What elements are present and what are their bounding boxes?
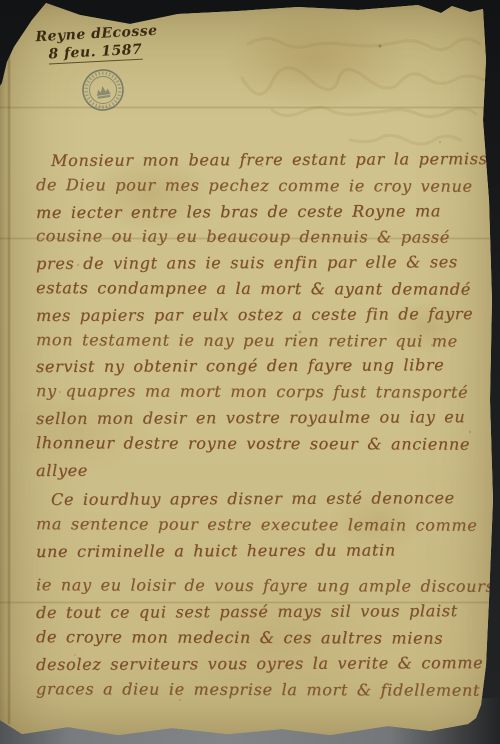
manuscript-line: Ce iourdhuy apres disner ma esté denonce… bbox=[36, 485, 495, 513]
manuscript-line: de tout ce qui sest passé mays sil vous … bbox=[36, 598, 495, 626]
manuscript-line: de croyre mon medecin & ces aultres mien… bbox=[36, 624, 494, 652]
manuscript-photo: Reyne dEcosse 8 feu. 1587 Monsieur mon b… bbox=[0, 0, 500, 744]
parchment-sheet: Reyne dEcosse 8 feu. 1587 Monsieur mon b… bbox=[0, 0, 500, 744]
manuscript-line: une criminelle a huict heures du matin bbox=[36, 537, 495, 565]
manuscript-line: de Dieu pour mes pechez comme ie croy ve… bbox=[36, 172, 500, 199]
manuscript-line: estats condampnee a la mort & ayant dema… bbox=[36, 275, 500, 302]
annotation-date: 8 feu. 1587 bbox=[48, 42, 143, 65]
manuscript-line: me iecter entre les bras de ceste Royne … bbox=[36, 198, 500, 226]
ink-bleedthrough bbox=[130, 22, 490, 152]
manuscript-line: allyee bbox=[36, 456, 500, 484]
manuscript-line: Monsieur mon beau frere estant par la pe… bbox=[36, 146, 500, 174]
manuscript-line: ny quapres ma mort mon corps fust transp… bbox=[36, 378, 500, 405]
manuscript-line: pres de vingt ans ie suis enfin par elle… bbox=[36, 249, 500, 277]
manuscript-line: sellon mon desir en vostre royaulme ou i… bbox=[36, 404, 500, 432]
manuscript-line: desolez serviteurs vous oyres la verite … bbox=[36, 650, 495, 678]
manuscript-line: servist ny obtenir congé den fayre ung l… bbox=[36, 352, 500, 380]
manuscript-line: ma sentence pour estre executee lemain c… bbox=[36, 511, 494, 539]
fold-crease-vertical bbox=[7, 0, 11, 724]
manuscript-line: lhonneur destre royne vostre soeur & anc… bbox=[36, 430, 500, 457]
letter-paragraph-1: Monsieur mon beau frere estant par la pe… bbox=[36, 147, 500, 482]
manuscript-line: mon testament ie nay peu rien retirer qu… bbox=[36, 327, 500, 354]
manuscript-line: graces a dieu ie mesprise la mort & fide… bbox=[36, 677, 494, 705]
manuscript-line: mes papiers par eulx ostez a ceste fin d… bbox=[36, 301, 500, 329]
library-stamp-icon bbox=[77, 64, 129, 116]
archival-annotation: Reyne dEcosse 8 feu. 1587 bbox=[35, 23, 159, 65]
manuscript-line: ie nay eu loisir de vous fayre ung ample… bbox=[36, 572, 494, 600]
letter-paragraph-2: Ce iourdhuy apres disner ma esté denonce… bbox=[36, 486, 494, 704]
manuscript-line: cousine ou iay eu beaucoup dennuis & pas… bbox=[36, 224, 500, 251]
